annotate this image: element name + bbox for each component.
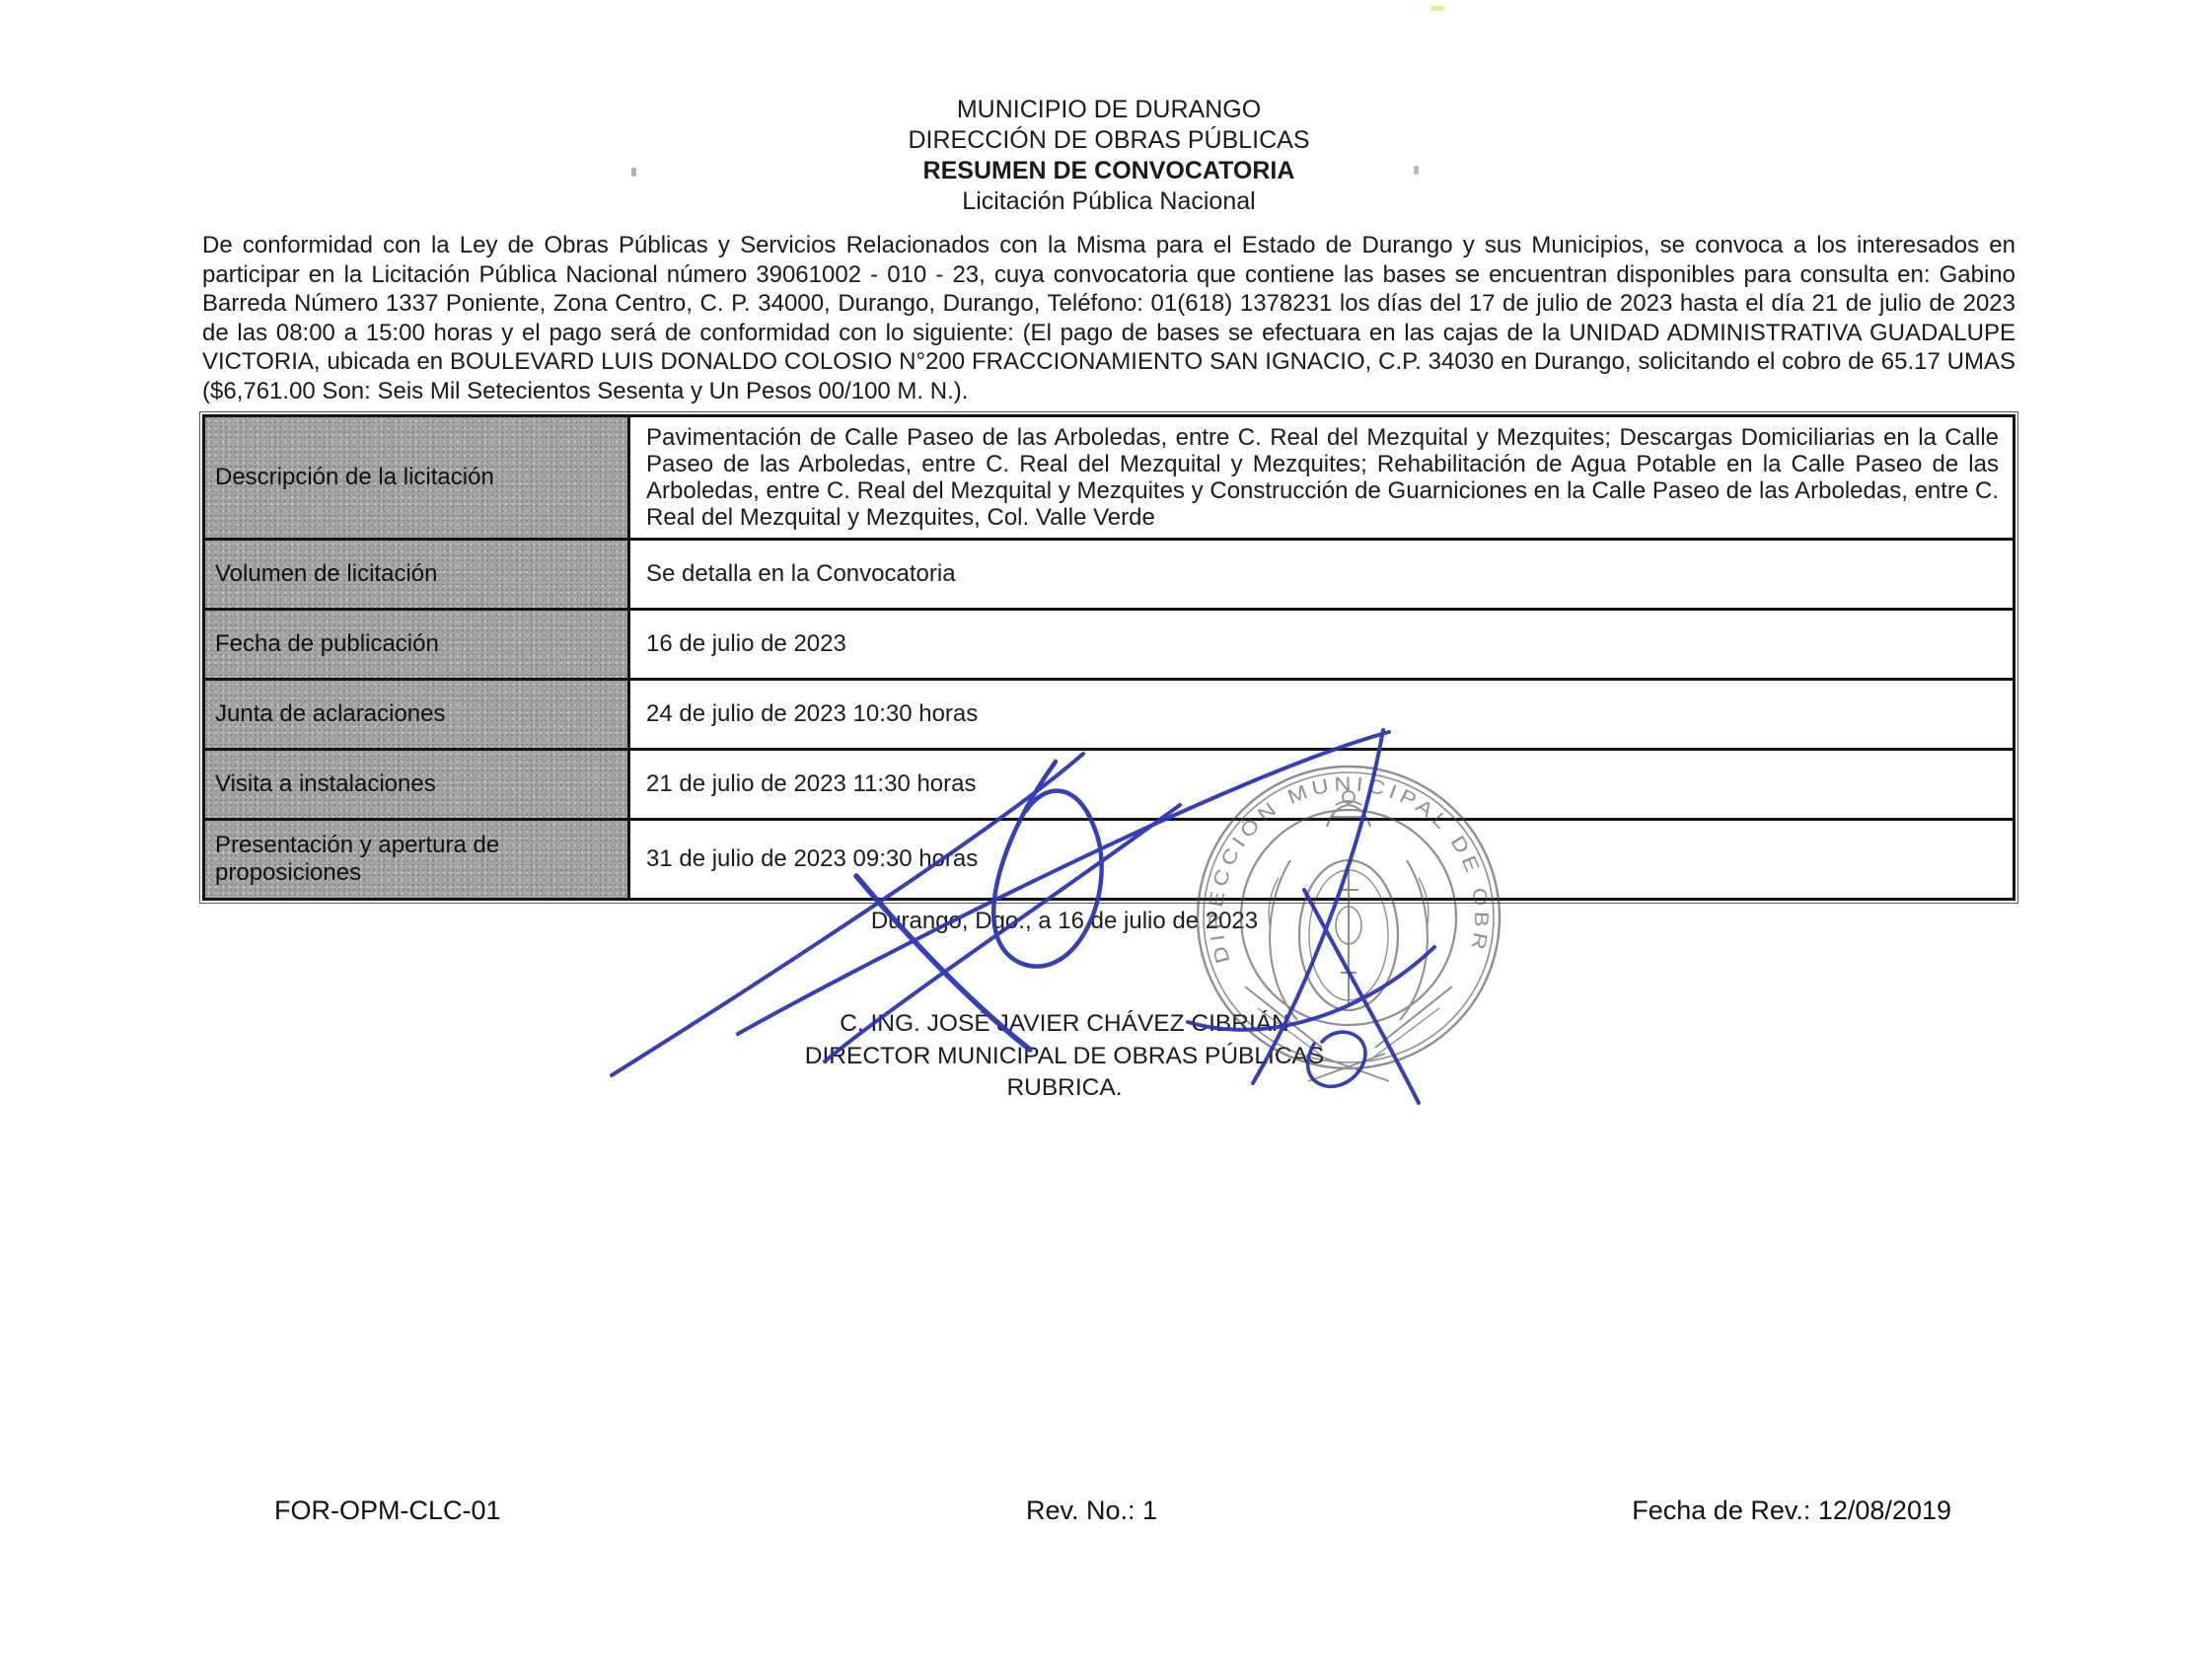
row-value-fecha-publicacion: 16 de julio de 2023 — [629, 610, 2015, 680]
header-municipio: MUNICIPIO DE DURANGO — [202, 95, 2015, 125]
footer-form-code: FOR-OPM-CLC-01 — [274, 1496, 501, 1526]
header-direccion: DIRECCIÓN DE OBRAS PÚBLICAS — [202, 125, 2015, 156]
row-value-visita: 21 de julio de 2023 11:30 horas — [629, 750, 2015, 820]
row-label-volumen: Volumen de licitación — [204, 540, 629, 610]
signature-rubric-label: RUBRICA. — [158, 1072, 1971, 1105]
row-label-junta: Junta de aclaraciones — [204, 680, 629, 750]
scan-artifact — [1414, 166, 1419, 175]
row-value-descripcion: Pavimentación de Calle Paseo de las Arbo… — [629, 416, 2015, 540]
scan-artifact — [631, 168, 636, 177]
footer-revision-date: Fecha de Rev.: 12/08/2019 — [1632, 1496, 1951, 1526]
table-row: Junta de aclaraciones 24 de julio de 202… — [204, 680, 2015, 750]
header-resumen: RESUMEN DE CONVOCATORIA — [202, 156, 2015, 186]
document-header: MUNICIPIO DE DURANGO DIRECCIÓN DE OBRAS … — [202, 95, 2015, 217]
row-value-volumen: Se detalla en la Convocatoria — [629, 540, 2015, 610]
table-row: Fecha de publicación 16 de julio de 2023 — [204, 610, 2015, 680]
row-label-presentacion: Presentación y apertura de proposiciones — [204, 820, 629, 900]
row-label-descripcion: Descripción de la licitación — [204, 416, 629, 540]
document-content: MUNICIPIO DE DURANGO DIRECCIÓN DE OBRAS … — [202, 0, 2015, 1105]
table-row: Visita a instalaciones 21 de julio de 20… — [204, 750, 2015, 820]
row-label-visita: Visita a instalaciones — [204, 750, 629, 820]
header-licitacion: Licitación Pública Nacional — [202, 186, 2015, 217]
row-value-junta: 24 de julio de 2023 10:30 horas — [629, 680, 2015, 750]
date-line: Durango, Dgo., a 16 de julio de 2023 — [158, 908, 1971, 935]
signatory-name: C. ING. JOSÉ JAVIER CHÁVEZ CIBRIÁN — [158, 1008, 1971, 1041]
table-row: Volumen de licitación Se detalla en la C… — [204, 540, 2015, 610]
scan-artifact — [1430, 6, 1444, 11]
scanned-document-page: MUNICIPIO DE DURANGO DIRECCIÓN DE OBRAS … — [0, 0, 2198, 1680]
intro-paragraph: De conformidad con la Ley de Obras Públi… — [202, 231, 2015, 405]
row-label-fecha-publicacion: Fecha de publicación — [204, 610, 629, 680]
signatory-title: DIRECTOR MUNICIPAL DE OBRAS PÚBLICAS — [158, 1041, 1971, 1073]
table-row: Presentación y apertura de proposiciones… — [204, 820, 2015, 900]
row-value-presentacion: 31 de julio de 2023 09:30 horas — [629, 820, 2015, 900]
table-row: Descripción de la licitación Pavimentaci… — [204, 416, 2015, 540]
signature-block: C. ING. JOSÉ JAVIER CHÁVEZ CIBRIÁN DIREC… — [158, 1008, 1971, 1105]
licitacion-table: Descripción de la licitación Pavimentaci… — [202, 414, 2015, 901]
footer-revision-number: Rev. No.: 1 — [1026, 1496, 1157, 1526]
